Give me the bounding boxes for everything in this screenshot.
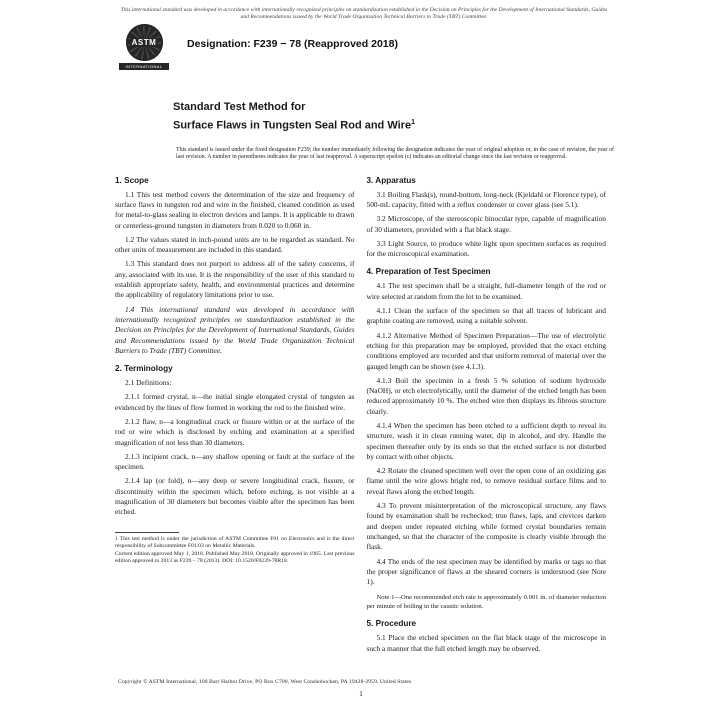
body-paragraph: 4.1 The test specimen shall be a straigh… [367,281,607,302]
designation-line: Designation: F239 − 78 (Reapproved 2018) [187,38,398,50]
body-paragraph: 4.1.1 Clean the surface of the specimen … [367,306,607,327]
body-paragraph: 4.1.2 Alternative Method of Specimen Pre… [367,331,607,372]
left-column: 1. Scope 1.1 This test method covers the… [115,174,355,658]
astm-logo: ASTM INTERNATIONAL [116,24,172,70]
body-paragraph: 1.2 The values stated in inch-pound unit… [115,235,355,256]
body-paragraph: 4.4 The ends of the test specimen may be… [367,557,607,588]
body-paragraph: 2.1 Definitions: [115,378,355,388]
wto-tbt-note: This international standard was develope… [118,7,610,20]
body-paragraph: 2.1.1 formed crystal, n—the initial sing… [115,392,355,413]
body-paragraph: 1.4 This international standard was deve… [115,305,355,356]
body-paragraph: 4.3 To prevent misinterpretation of the … [367,501,607,552]
right-column: 3. Apparatus 3.1 Boiling Flask(s), round… [367,174,607,658]
body-paragraph: 4.1.4 When the specimen has been etched … [367,421,607,462]
footnote-jurisdiction: 1 This test method is under the jurisdic… [115,536,355,550]
body-paragraph: 1.1 This test method covers the determin… [115,190,355,231]
body-paragraph: 4.2 Rotate the cleaned specimen well ove… [367,466,607,497]
body-paragraph: 2.1.3 incipient crack, n—any shallow ope… [115,452,355,473]
section-heading-procedure: 5. Procedure [367,619,607,629]
issuance-note: This standard is issued under the fixed … [176,147,614,162]
body-paragraph: 2.1.4 lap (or fold), n—any deep or sever… [115,476,355,517]
designation-label: Designation: [187,38,251,50]
title-kicker: Standard Test Method for [173,100,614,115]
body-paragraph: 1.3 This standard does not purport to ad… [115,259,355,300]
body-paragraph: 3.1 Boiling Flask(s), round-bottom, long… [367,190,607,211]
astm-globe-icon: ASTM [126,24,163,61]
footnote-rule [115,532,179,533]
copyright-line: Copyright © ASTM International, 100 Barr… [118,679,411,685]
document-title-text: Surface Flaws in Tungsten Seal Rod and W… [173,120,411,132]
body-paragraph: 5.1 Place the etched specimen on the fla… [367,633,607,654]
two-column-body: 1. Scope 1.1 This test method covers the… [115,174,606,658]
astm-logo-banner: INTERNATIONAL [119,63,169,70]
masthead: ASTM INTERNATIONAL Designation: F239 − 7… [108,24,614,86]
designation-code: F239 − 78 (Reapproved 2018) [254,38,398,50]
section-heading-apparatus: 3. Apparatus [367,176,607,186]
body-paragraph: 3.3 Light Source, to produce white light… [367,239,607,260]
note-paragraph: Note 1—One recommended etch rate is appr… [367,593,607,611]
section-heading-preparation: 4. Preparation of Test Specimen [367,267,607,277]
body-paragraph: 3.2 Microscope, of the stereoscopic bino… [367,214,607,235]
section-heading-terminology: 2. Terminology [115,364,355,374]
page-number: 1 [108,689,614,698]
footnote-edition: Current edition approved May 1, 2018. Pu… [115,551,355,565]
astm-logo-text: ASTM [130,38,159,47]
footnote-block: 1 This test method is under the jurisdic… [115,532,355,566]
body-paragraph: 4.1.3 Boil the specimen in a fresh 5 % s… [367,376,607,417]
title-block: Standard Test Method for Surface Flaws i… [173,100,614,134]
title-footnote-ref: 1 [411,119,415,126]
section-heading-scope: 1. Scope [115,176,355,186]
document-page: This international standard was develope… [108,0,614,722]
document-title: Surface Flaws in Tungsten Seal Rod and W… [173,115,614,134]
astm-logo-banner-text: INTERNATIONAL [126,65,163,69]
body-paragraph: 2.1.2 flaw, n—a longitudinal crack or fi… [115,417,355,448]
